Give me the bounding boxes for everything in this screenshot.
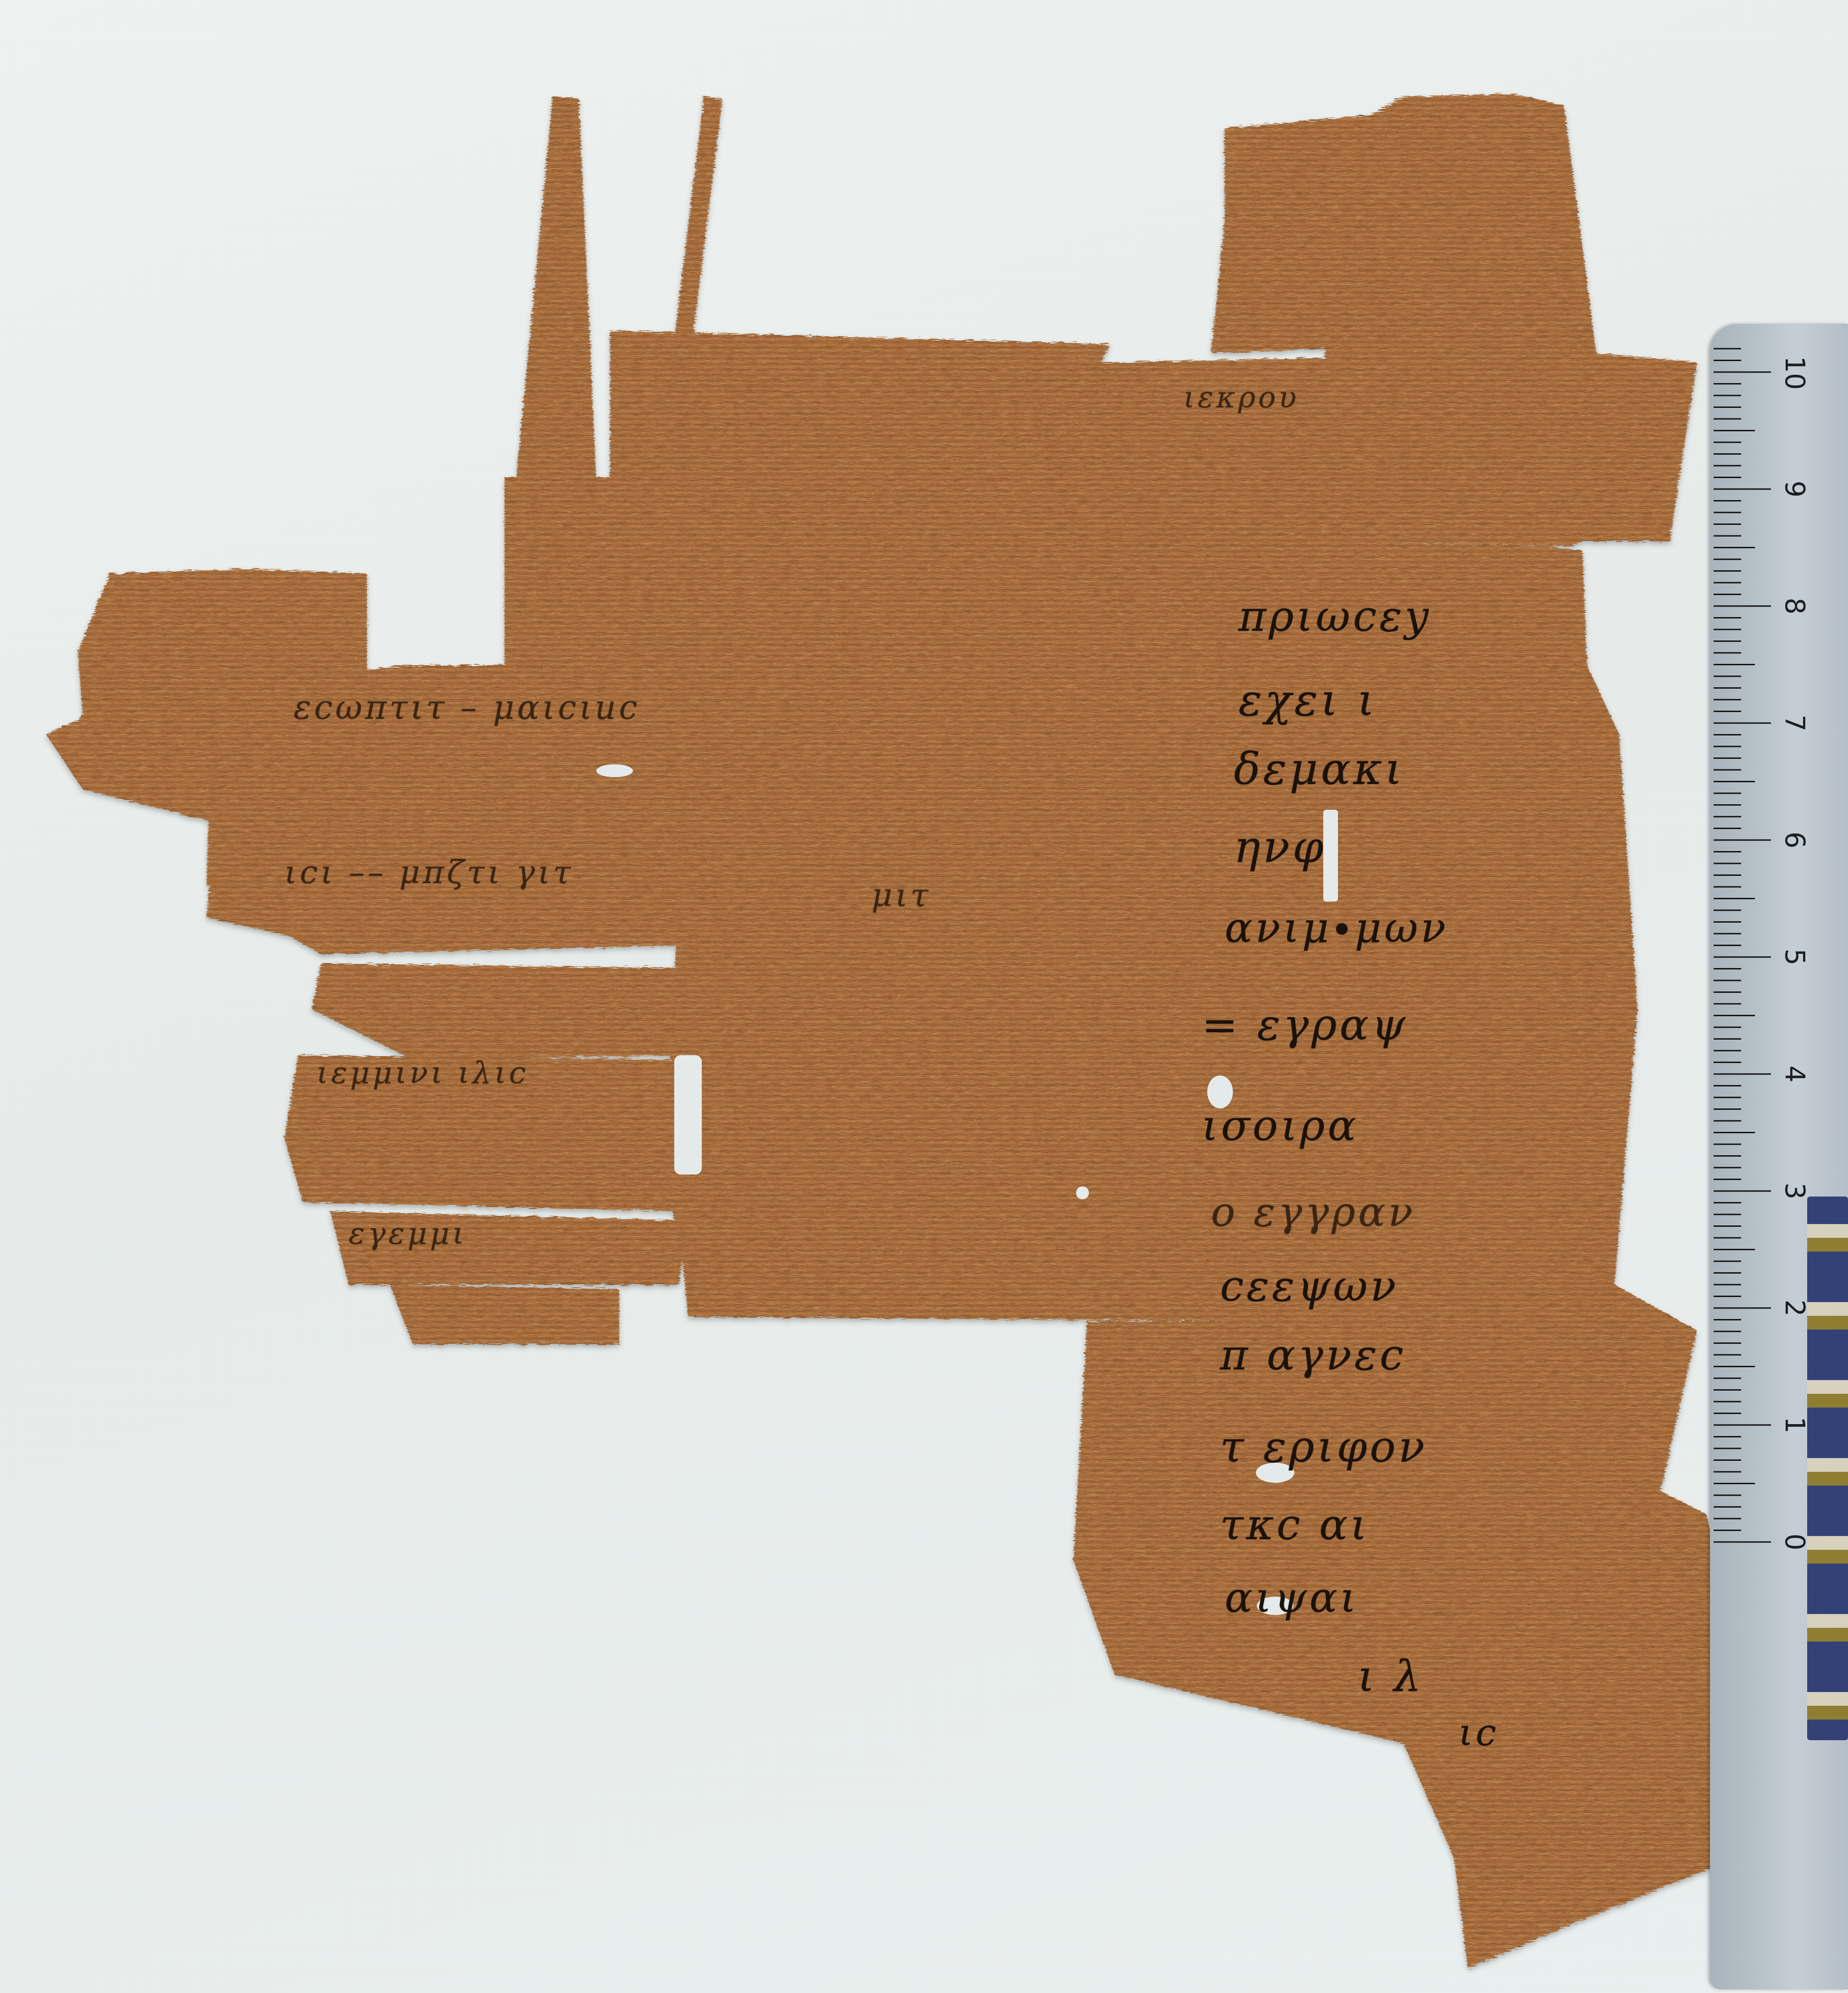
papyrus-fragment: [0, 0, 1848, 1993]
ink-left-line-5: εγεμμι: [349, 1216, 467, 1251]
measuring-ruler: 0 1 2 3 4 5 6 7 8 9 10: [1710, 324, 1848, 1989]
ink-line-4: ηνφ: [1234, 821, 1326, 873]
ink-left-line-3: μιτ: [871, 876, 931, 914]
ink-line-9: cεεψων: [1220, 1262, 1398, 1311]
ink-line-15: ιc: [1459, 1711, 1499, 1754]
ruler-label-2: 2: [1779, 1292, 1811, 1324]
ink-line-8: ο εγγραν: [1211, 1188, 1415, 1236]
ruler-label-5: 5: [1779, 941, 1811, 973]
ruler-label-7: 7: [1779, 707, 1811, 739]
ink-left-line-1: εcωπτιτ – μαιcιuc: [294, 688, 640, 727]
photo-scene: πριωcεy εχει ι δεμακι ηνφ ανιμ∙μων = εγρ…: [0, 0, 1848, 1993]
ruler-label-4: 4: [1779, 1058, 1811, 1090]
ink-line-11: τ εριφον: [1220, 1422, 1427, 1472]
ruler-label-9: 9: [1779, 473, 1811, 505]
ink-left-line-2: ιcι –– μπζτι γιτ: [284, 853, 573, 891]
ink-line-5: ανιμ∙μων: [1225, 904, 1448, 952]
ink-top-line: ιεκρου: [1183, 381, 1299, 415]
ruler-label-sticker: [1807, 1197, 1848, 1740]
ink-line-12: τκc αι: [1220, 1500, 1370, 1549]
ruler-label-8: 8: [1779, 590, 1811, 622]
ink-line-6: = εγραψ: [1202, 1000, 1408, 1050]
ink-line-13: αιψαι: [1225, 1574, 1359, 1622]
ink-line-2: εχει ι: [1238, 674, 1377, 726]
ink-left-line-4: ιεμμινι ιλιc: [316, 1055, 529, 1091]
ruler-label-1: 1: [1779, 1409, 1811, 1441]
ruler-label-6: 6: [1779, 824, 1811, 856]
ink-line-14: ι λ: [1358, 1652, 1424, 1702]
ruler-ticks: [1710, 324, 1774, 1989]
ink-line-1: πριωcεy: [1238, 592, 1432, 641]
ink-line-10: π αγνεc: [1220, 1331, 1406, 1380]
ruler-label-10: 10: [1779, 356, 1811, 388]
ink-line-3: δεμακι: [1234, 743, 1405, 795]
ruler-label-3: 3: [1779, 1175, 1811, 1207]
ink-line-7: ισοιρα: [1202, 1101, 1359, 1150]
ruler-label-0: 0: [1779, 1526, 1811, 1558]
